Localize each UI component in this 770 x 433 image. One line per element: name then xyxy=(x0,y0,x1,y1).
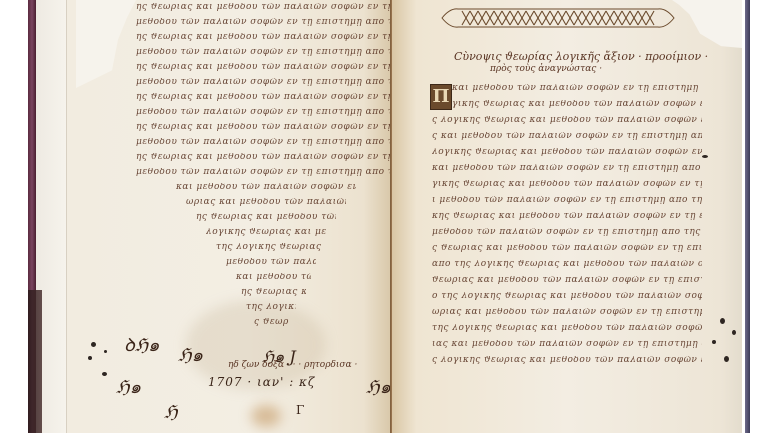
torn-corner-right xyxy=(672,0,742,48)
script-line: ς καὶ μεθόδου τῶν παλαιῶν σοφῶν ἐν τῇ ἐπ… xyxy=(432,132,702,141)
script-line: μεθόδου τῶν παλαιῶν σοφῶν ἐν τῇ ἐπιστήμῃ… xyxy=(136,168,392,177)
colophon-date: 1707 · ιαν' : κζ xyxy=(208,375,315,389)
ink-blot xyxy=(712,340,716,344)
binding-edge-right xyxy=(745,0,750,433)
signature-mark: ℌ๑ xyxy=(178,340,203,369)
script-line: ῆς ϑεωρίας καὶ μεθόδου τῶν παλαιῶν σοφῶν… xyxy=(136,63,392,72)
ink-blot xyxy=(732,330,736,335)
binding-shadow xyxy=(28,290,42,433)
signature-mark: ℌ๑ xyxy=(366,372,391,401)
signature-mark: ꝺℌ๑ xyxy=(124,330,159,359)
script-line: ῆς ϑεωρίας καὶ μεθόδου τῶν παλαιῶν σοφῶν… xyxy=(136,93,392,102)
script-line: ωρίας καὶ μεθόδου τῶν παλαιῶν σοφῶν ἐν τ… xyxy=(432,308,702,317)
script-line: μεθόδου τῶν παλαιῶν σοφῶν ἐν τῇ ἐπιστήμῃ… xyxy=(136,108,392,117)
script-line: τῆς λογικῆς ϑεωρίας καὶ μεθόδου τῶν παλα… xyxy=(246,303,296,312)
script-line: ῆς ϑεωρίας καὶ μεθόδου τῶν παλαιῶν σοφῶν… xyxy=(136,33,392,42)
script-line: ὶ μεθόδου τῶν παλαιῶν σοφῶν ἐν τῇ ἐπιστή… xyxy=(432,196,702,205)
right-page: Ϲὺνοψις ϑεωρίας λογικῆς ἄξιον · προοίμιο… xyxy=(392,0,742,433)
script-line: μεθόδου τῶν παλαιῶν σοφῶν ἐν τῇ ἐπιστήμῃ… xyxy=(136,48,392,57)
script-line: κῆς ϑεωρίας καὶ μεθόδου τῶν παλαιῶν σοφῶ… xyxy=(432,212,702,221)
script-line: μεθόδου τῶν παλαιῶν σοφῶν ἐν τῇ ἐπιστήμῃ… xyxy=(136,78,392,87)
script-line: μεθόδου τῶν παλαιῶν σοφῶν ἐν τῇ ἐπιστήμῃ… xyxy=(136,18,392,27)
script-line: καὶ μεθόδου τῶν παλαιῶν σοφῶν ἐν τῇ ἐπισ… xyxy=(176,183,356,192)
section-heading: Ϲὺνοψις ϑεωρίας λογικῆς ἄξιον · προοίμιο… xyxy=(454,50,708,63)
script-line: ϑεωρίας καὶ μεθόδου τῶν παλαιῶν σοφῶν ἐν… xyxy=(432,276,702,285)
script-line: ίας καὶ μεθόδου τῶν παλαιῶν σοφῶν ἐν τῇ … xyxy=(432,340,702,349)
footer-mark: Γ xyxy=(296,403,304,417)
script-line: μεθόδου τῶν παλαιῶν σοφῶν ἐν τῇ ἐπιστήμῃ… xyxy=(136,138,392,147)
script-line: λογικῆς ϑεωρίας καὶ μεθόδου τῶν παλαιῶν … xyxy=(432,148,702,157)
script-line: ς ϑεωρίας καὶ μεθόδου τῶν παλαιῶν σοφῶν … xyxy=(254,318,289,327)
script-line: τῆς λογικῆς ϑεωρίας καὶ μεθόδου τῶν παλα… xyxy=(216,243,321,252)
ink-blot xyxy=(88,356,92,360)
script-line: μεθόδου τῶν παλαιῶν σοφῶν ἐν τῇ ἐπιστήμῃ… xyxy=(432,228,702,237)
script-line: λογικῆς ϑεωρίας καὶ μεθόδου τῶν παλαιῶν … xyxy=(206,228,326,237)
open-manuscript: ῆς ϑεωρίας καὶ μεθόδου τῶν παλαιῶν σοφῶν… xyxy=(28,0,750,433)
torn-corner-left xyxy=(76,0,136,88)
script-line: ῆς ϑεωρίας καὶ μεθόδου τῶν παλαιῶν σοφῶν… xyxy=(136,123,392,132)
signature-mark: ℌ xyxy=(164,402,178,423)
script-line: ῆς ϑεωρίας καὶ μεθόδου τῶν παλαιῶν σοφῶν… xyxy=(196,213,336,222)
signature-mark: ℌ๑ xyxy=(116,372,141,401)
ink-blot xyxy=(102,372,107,376)
ink-blot xyxy=(720,318,725,324)
ink-blot xyxy=(104,350,107,353)
script-line: ἀπὸ τῆς λογικῆς ϑεωρίας καὶ μεθόδου τῶν … xyxy=(432,260,702,269)
left-page: ῆς ϑεωρίας καὶ μεθόδου τῶν παλαιῶν σοφῶν… xyxy=(36,0,392,433)
script-line: ωρίας καὶ μεθόδου τῶν παλαιῶν σοφῶν ἐν τ… xyxy=(186,198,346,207)
script-line: ς λογικῆς ϑεωρίας καὶ μεθόδου τῶν παλαιῶ… xyxy=(432,116,702,125)
script-line: γικῆς ϑεωρίας καὶ μεθόδου τῶν παλαιῶν σο… xyxy=(452,100,702,109)
knotwork-headpiece xyxy=(440,5,676,31)
script-line: γικῆς ϑεωρίας καὶ μεθόδου τῶν παλαιῶν σο… xyxy=(432,180,702,189)
script-line: ς λογικῆς ϑεωρίας καὶ μεθόδου τῶν παλαιῶ… xyxy=(432,356,702,365)
script-line: καὶ μεθόδου τῶν παλαιῶν σοφῶν ἐν τῇ ἐπισ… xyxy=(236,273,311,282)
decorated-initial: Π xyxy=(430,84,452,110)
script-line: ῆς ϑεωρίας καὶ μεθόδου τῶν παλαιῶν σοφῶν… xyxy=(136,153,392,162)
script-line: ὸ τῆς λογικῆς ϑεωρίας καὶ μεθόδου τῶν πα… xyxy=(432,292,702,301)
script-line: ῆς ϑεωρίας καὶ μεθόδου τῶν παλαιῶν σοφῶν… xyxy=(136,3,392,12)
section-subheading: πρὸς τοὺς ἀναγνώστας · xyxy=(490,64,602,74)
ink-blot xyxy=(91,342,96,347)
signature-text: ηδ ζων δοξα · · · ρητορδισα · xyxy=(228,360,357,370)
script-line: καὶ μεθόδου τῶν παλαιῶν σοφῶν ἐν τῇ ἐπισ… xyxy=(452,84,702,93)
ink-blot xyxy=(724,356,729,362)
script-line: ς ϑεωρίας καὶ μεθόδου τῶν παλαιῶν σοφῶν … xyxy=(432,244,702,253)
script-line: τῆς λογικῆς ϑεωρίας καὶ μεθόδου τῶν παλα… xyxy=(432,324,702,333)
script-line: ῆς ϑεωρίας καὶ μεθόδου τῶν παλαιῶν σοφῶν… xyxy=(241,288,306,297)
script-line: μεθόδου τῶν παλαιῶν σοφῶν ἐν τῇ ἐπιστήμῃ… xyxy=(226,258,316,267)
script-line: καὶ μεθόδου τῶν παλαιῶν σοφῶν ἐν τῇ ἐπισ… xyxy=(432,164,702,173)
ink-blot xyxy=(702,155,708,158)
brown-spot xyxy=(251,405,281,427)
